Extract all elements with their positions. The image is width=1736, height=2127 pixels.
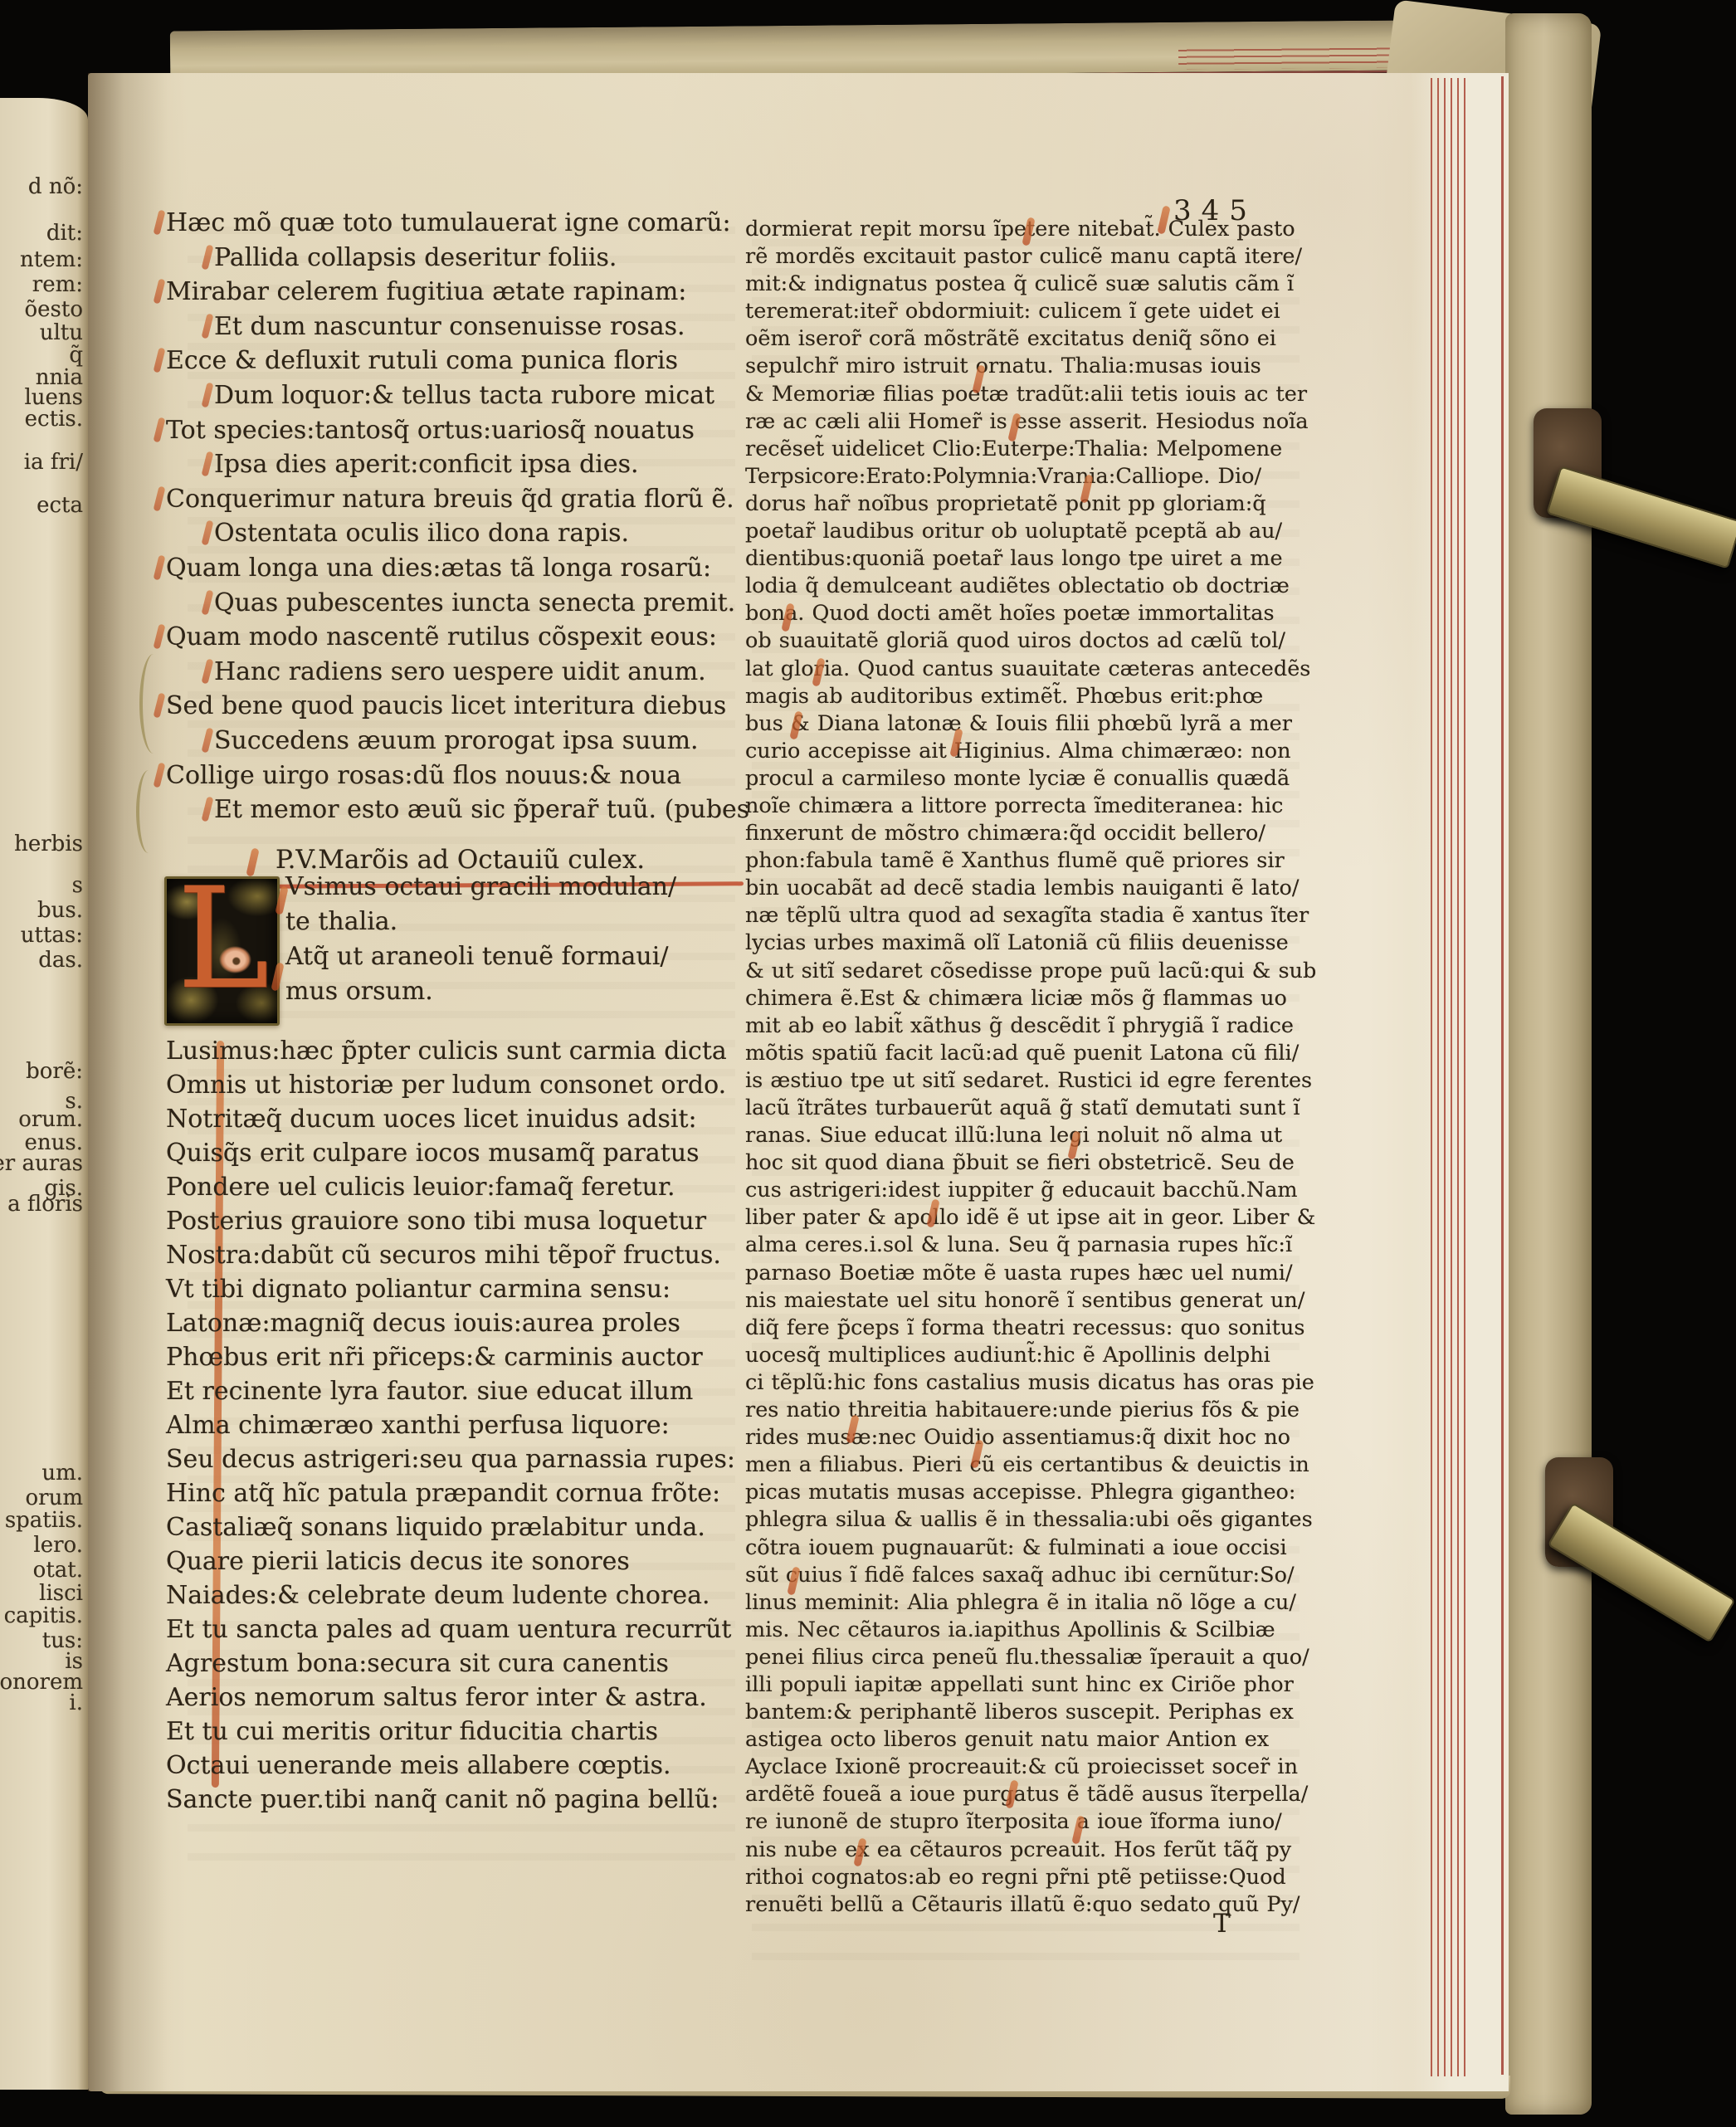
prose-line: men a filiabus. Pieri cũ eis certantibus… [745,1451,1309,1479]
prose-line: ci tẽplũ:hic fons castalius musis dicatu… [745,1369,1309,1397]
prose-line: ardẽtẽ foueã a ioue purgatus ẽ tãdẽ ausu… [745,1781,1309,1808]
page-fragment: bus. [37,898,83,923]
verse-line: Aerios nemorum saltus feror inter & astr… [166,1681,752,1715]
initial-adjacent-lines: Vsimus octaui gracili modulan/te thalia.… [285,870,675,1009]
prose-line: chimera ẽ.Est & chimæra liciæ mõs g̃ fla… [745,985,1309,1012]
page-fragment: orum. [18,1107,83,1132]
verse-line: Ecce & defluxit rutuli coma punica flori… [166,344,752,378]
page-fragment: herbis [14,832,83,856]
illuminated-initial: L [164,876,280,1026]
verse-line: Agrestum bona:secura sit cura canentis [166,1646,752,1681]
verse-line: Omnis ut historiæ per ludum consonet ord… [166,1068,752,1102]
verse-line: Alma chimæræo xanthi perfusa liquore: [166,1408,752,1442]
verse-line: Succedens æuum prorogat ipsa suum. [166,724,752,759]
verse-line: Dum loquor:& tellus tacta rubore micat [166,378,752,413]
prose-line: næ tẽplũ ultra quod ad sexagĩta stadia ẽ… [745,902,1309,929]
verse-line: Hanc radiens sero uespere uidit anum. [166,655,752,690]
verse-line: Hæc mõ quæ toto tumulauerat igne comarũ: [166,206,752,241]
prose-line: poetar̃ laudibus oritur ob uoluptatẽ pce… [745,518,1309,545]
verse-line: Quam modo nascentẽ rutilus cõspexit eous… [166,620,752,655]
text-column-left: Hæc mõ quæ toto tumulauerat igne comarũ:… [166,206,752,827]
verse-line: Naiades:& celebrate deum ludente chorea. [166,1578,752,1612]
verse-line: Octaui uenerande meis allabere cœptis. [166,1749,752,1783]
page-fragment: spatiis. [5,1508,83,1533]
page-fragment: d nõ: [28,174,83,199]
page-fragment: um. [41,1461,83,1485]
prose-line: ranas. Siue educat illũ:luna legi noluit… [745,1122,1309,1149]
prose-line: liber pater & apollo idẽ ẽ ut ipse ait i… [745,1204,1309,1232]
initial-letter: L [177,869,270,1008]
verse-line: Collige uirgo rosas:dũ flos nouus:& noua [166,759,752,793]
page-fragment: borẽ: [26,1059,83,1084]
prose-line: curio accepisse ait Higinius. Alma chimæ… [745,738,1309,765]
verse-block-1: Hæc mõ quæ toto tumulauerat igne comarũ:… [166,206,752,827]
prose-line: lacũ ĩtrãtes turbauerũt aquã g̃ statĩ de… [745,1095,1309,1122]
verse-line: Sancte puer.tibi nanq̃ canit nõ pagina b… [166,1783,752,1817]
prose-line: sũt cuius ĩ fidẽ falces saxaq̃ adhuc ibi… [745,1562,1309,1589]
verse-line: Phœbus erit nr̃i pr̃iceps:& carminis auc… [166,1340,752,1374]
page-fragment: ectis. [25,407,83,432]
text-column-right: dormierat repit morsu ĩpetere nitebat̃. … [745,216,1309,1919]
verse-line: Notritæq̃ ducum uoces licet inuidus adsi… [166,1102,752,1136]
page-fragment: ecta [37,493,83,518]
prose-line: uocesq̃ multiplices audiunt̃:hic ẽ Apoll… [745,1342,1309,1369]
prose-line: re iunonẽ de stupro ĩterposita a ioue ĩf… [745,1808,1309,1836]
page-fragment: er auras [0,1151,83,1176]
margin-flourish [136,770,161,853]
prose-line: is æstiuo tpe ut sitĩ sedaret. Rustici i… [745,1067,1309,1095]
verse-line: Ostentata oculis ilico dona rapis. [166,516,752,551]
prose-line: bin uocabãt ad decẽ stadia lembis nauiga… [745,875,1309,902]
verse-line: Et tu sancta pales ad quam uentura recur… [166,1612,752,1646]
prose-line: phon:fabula tamẽ ẽ Xanthus flumẽ quẽ pri… [745,847,1309,875]
prose-line: nis nube ex ea cẽtauros pcreauit. Hos fe… [745,1837,1309,1864]
prose-line: hoc sit quod diana p̃buit se fieri obste… [745,1149,1309,1177]
prose-line: cus astrigeri:idest iuppiter g̃ educauit… [745,1177,1309,1204]
prose-line: ob suauitatẽ gloriã quod uiros doctos ad… [745,627,1309,655]
page-fragment: i. [69,1690,83,1715]
page-fragment: lisci [39,1581,83,1606]
prose-line: Terpsicore:Erato:Polymnia:Vrania:Calliop… [745,463,1309,490]
signature-mark: T [1213,1909,1231,1939]
page-fragment: orum [26,1485,83,1510]
prose-line: bona. Quod docti amẽt hoĩes poetæ immort… [745,600,1309,627]
prose-line: dorus har̃ noĩbus proprietatẽ ponit pp g… [745,490,1309,518]
verse-line: mus orsum. [285,974,675,1009]
prose-line: bus & Diana latonæ & Iouis filii phœbũ l… [745,710,1309,738]
page-fragment: dit: [46,221,83,246]
prose-line: ræ ac cæli alii Homer̃ is esse asserit. … [745,408,1309,436]
prose-line: dientibus:quoniã poetar̃ laus longo tpe … [745,545,1309,573]
verse-line: Quisq̃s erit culpare iocos musamq̃ parat… [166,1136,752,1170]
prose-line: magis ab auditoribus extimẽt̃. Phœbus er… [745,683,1309,710]
page-fragment: ultu [40,320,83,345]
prose-line: mõtis spatiũ facit lacũ:ad quẽ puenit La… [745,1040,1309,1067]
verse-line: Et dum nascuntur consenuisse rosas. [166,310,752,344]
verse-line: Latonæ:magniq̃ decus iouis:aurea proles [166,1306,752,1340]
verse-line: Et tu cui meritis oritur fiducitia chart… [166,1715,752,1749]
main-page: 345 Hæc mõ quæ toto tumulauerat igne com… [88,73,1509,2091]
prose-line: mis. Nec cẽtauros ia.iapithus Apollinis … [745,1617,1309,1644]
verse-line: Lusimus:hæc p̃pter culicis sunt carmia d… [166,1034,752,1068]
page-fragment: lero. [33,1533,83,1558]
prose-line: res natio threitia habitauere:unde pieri… [745,1397,1309,1424]
verse-line: Et recinente lyra fautor. siue educat il… [166,1374,752,1408]
verse-line: Quam longa una dies:ætas tã longa rosarũ… [166,551,752,586]
page-fragment: ia fri/ [24,450,83,475]
verse-line: Mirabar celerem fugitiua ætate rapinam: [166,275,752,310]
verse-line: Hinc atq̃ hĩc patula præpandit cornua fr… [166,1476,752,1510]
prose-line: mit ab eo labit̃ xãthus g̃ descẽdit ĩ ph… [745,1012,1309,1040]
prose-line: alma ceres.i.sol & luna. Seu q̃ parnasia… [745,1232,1309,1259]
prose-line: lat gloria. Quod cantus suauitate cætera… [745,656,1309,683]
page-fragment: a floris [7,1192,83,1217]
prose-line: nis maiestate uel situ honorẽ ĩ sentibus… [745,1287,1309,1315]
prose-line: bantem:& periphantẽ liberos suscepit. Pe… [745,1699,1309,1726]
prose-line: lycias urbes maximã olĩ Latoniã cũ filii… [745,929,1309,957]
page-fragment: ntem: [20,247,83,272]
gutter-shadow [88,73,168,2091]
verse-line: Seu decus astrigeri:seu qua parnassia ru… [166,1442,752,1476]
fore-edge-red-line [1501,76,1504,2075]
prose-line: rithoi cognatos:ab eo regni pr̃ni ptẽ pe… [745,1864,1309,1891]
page-fragment: rem: [32,272,83,297]
verse-line: Quas pubescentes iuncta senecta premit. [166,586,752,621]
margin-flourish [139,654,168,754]
prose-line: phlegra silua & uallis ẽ in thessalia:ub… [745,1506,1309,1534]
verse-line: Ipsa dies aperit:conficit ipsa dies. [166,447,752,482]
prose-line: teremerat:iter̃ obdormiuit: culicem ĩ ge… [745,298,1309,325]
verse-line: Nostra:dabũt cũ securos mihi tẽpor̃ fruc… [166,1238,752,1272]
prose-line: picas mutatis musas accepisse. Phlegra g… [745,1479,1309,1506]
verse-line: Tot species:tantosq̃ ortus:uariosq̃ noua… [166,413,752,448]
prose-line: linus meminit: Alia phlegra ẽ in italia … [745,1589,1309,1617]
prose-line: noĩe chimæra a littore porrecta ĩmediter… [745,793,1309,820]
verse-block-2: Lusimus:hæc p̃pter culicis sunt carmia d… [166,1034,752,1817]
prose-line: cõtra iouem pugnauarũt: & fulminati a io… [745,1534,1309,1562]
left-page: d nõ:dit:ntem:rem:õestoultuq̃nnialuensec… [0,98,88,2090]
prose-line: oẽm iseror̃ corã mõstrãtẽ excitatus deni… [745,325,1309,353]
verse-line: Quare pierii laticis decus ite sonores [166,1544,752,1578]
prose-line: rides musæ:nec Ouidio assentiamus:q̃ dix… [745,1424,1309,1451]
prose-line: lodia q̃ demulceant audiẽtes oblectatio … [745,573,1309,600]
prose-line: rẽ mordẽs excitauit pastor culicẽ manu c… [745,243,1309,271]
verse-line: Posterius grauiore sono tibi musa loquet… [166,1204,752,1238]
verse-line: Castaliæq̃ sonans liquido prælabitur und… [166,1510,752,1544]
page-fragment: s [72,873,83,898]
vellum-binding [1505,13,1592,2115]
page-fragment: otat. [33,1558,83,1583]
fore-edge-red-ruling [1426,78,1469,2076]
prose-line: Ayclace Ixionẽ procreauit:& cũ proieciss… [745,1754,1309,1781]
verse-line: Conquerimur natura breuis q̃d gratia flo… [166,482,752,517]
page-fragment: capitis. [4,1603,83,1628]
book-photo: d nõ:dit:ntem:rem:õestoultuq̃nnialuensec… [0,0,1736,2127]
page-fragment: q̃ [69,343,83,368]
prose-line: illi populi iapitæ appellati sunt hinc e… [745,1671,1309,1699]
verse-line: Atq̃ ut araneoli tenuẽ formaui/ [285,939,675,974]
verse-line: Sed bene quod paucis licet interitura di… [166,689,752,724]
verse-line: te thalia. [285,905,675,939]
prose-line: astigea octo liberos genuit natu maior A… [745,1726,1309,1754]
prose-line: diq̃ fere p̃ceps ĩ forma theatri recessu… [745,1315,1309,1342]
page-fragment: uttas: [21,923,83,948]
page-fragment: õesto [25,297,83,322]
prose-line: recẽset̃ uidelicet Clio:Euterpe:Thalia: … [745,436,1309,463]
verse-line: Et memor esto æuũ sic p̃perar̃ tuũ. (pub… [166,793,752,827]
prose-line: & ut sitĩ sedaret cõsedisse prope puũ la… [745,958,1309,985]
prose-line: penei filius circa peneũ flu.thessaliæ ĩ… [745,1644,1309,1671]
verse-line: Pallida collapsis deseritur foliis. [166,241,752,276]
prose-line: sepulchr̃ miro istruit ornatu. Thalia:mu… [745,353,1309,380]
prose-line: & Memoriæ filias poetæ tradũt:alii tetis… [745,381,1309,408]
prose-line: procul a carmileso monte lyciæ ẽ conuall… [745,765,1309,793]
fore-edge-lines [1411,73,1509,2091]
prose-line: mit:& indignatus postea q̃ culicẽ suæ sa… [745,271,1309,298]
prose-line: finxerunt de mõstro chimæra:q̃d occidit … [745,820,1309,847]
prose-line: parnaso Boetiæ mõte ẽ uasta rupes hæc ue… [745,1260,1309,1287]
verse-line: Vt tibi dignato poliantur carmina sensu: [166,1272,752,1306]
verse-line: Vsimus octaui gracili modulan/ [285,870,675,905]
verse-line: Pondere uel culicis leuior:famaq̃ feretu… [166,1170,752,1204]
page-fragment: das. [38,948,83,973]
